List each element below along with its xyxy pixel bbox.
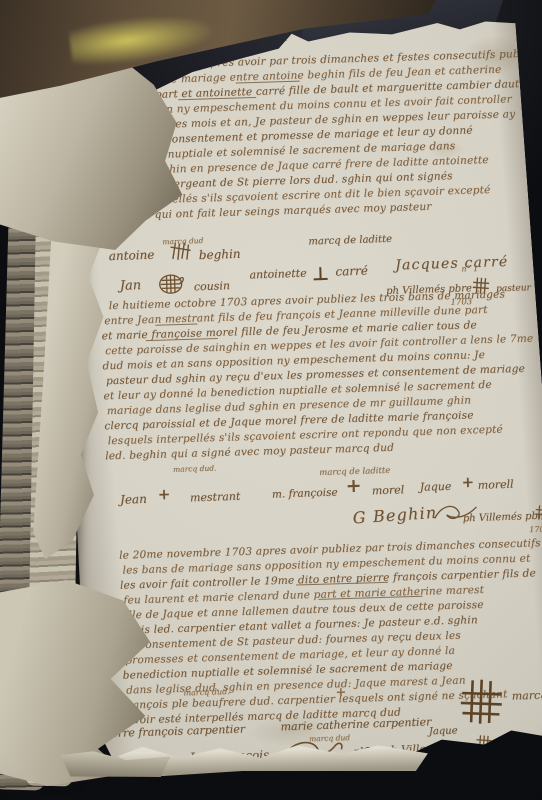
signature-year: 1703 (529, 525, 542, 535)
signature-marcq: marcq (512, 689, 542, 703)
witness-note: marcq de laditte (308, 234, 392, 248)
marriage-record-2: le huitieme octobre 1703 apres avoir pub… (101, 287, 537, 465)
signature-jean: Jean (120, 492, 147, 507)
signature-pastor: ph Villemés pbre (463, 511, 542, 525)
witness-mark-grid-icon (457, 678, 504, 725)
record-2-lines: le huitieme octobre 1703 apres avoir pub… (101, 287, 537, 465)
manuscript-photo: # Le 17me juin 1703 apres avoir par troi… (0, 0, 542, 800)
signature-m-francoise: m. françoise (272, 487, 338, 501)
witness-mark-cross-icon (311, 266, 330, 283)
witness-note: marcq dud. (183, 687, 230, 698)
witness-note: marcq dud. (173, 464, 217, 474)
signature-year: 1703 (470, 752, 491, 762)
signature-jacques-carre: Jacques carré (395, 254, 509, 274)
pastor-paraph-hatch-icon (534, 504, 542, 521)
pastor-paraph-hatch-icon (475, 734, 493, 752)
signature-pet: pet (517, 739, 534, 751)
witness-cross-mark: + (461, 473, 474, 491)
signature-g-beghin: G Beghin (352, 503, 438, 528)
signature-mestrant: mestrant (190, 490, 241, 505)
signature-antoinette: antoinette (249, 267, 307, 282)
signature-morell: morell (478, 478, 514, 492)
signature-marie-catherine-carpentier: marie catherine carpentier (280, 715, 431, 733)
signature-morel: morel (372, 483, 405, 497)
witness-cross-mark: + (345, 475, 362, 498)
margin-note: n° 1 (461, 264, 478, 273)
witness-cross-mark: + (158, 485, 171, 503)
signature-jaque: Jaque (420, 480, 452, 494)
witness-mark-knot-icon (155, 271, 186, 298)
signature-beghin: beghin (199, 247, 241, 262)
signature-carre: carré (335, 264, 368, 279)
witness-mark-scribble-icon (168, 240, 193, 261)
witness-cross-mark: + (335, 685, 346, 700)
signature-cousin: cousin (194, 279, 231, 293)
signature-jan: Jan (120, 278, 142, 294)
signature-antoine: antoine (109, 248, 155, 264)
signature-jaque: Jaque (429, 725, 458, 737)
